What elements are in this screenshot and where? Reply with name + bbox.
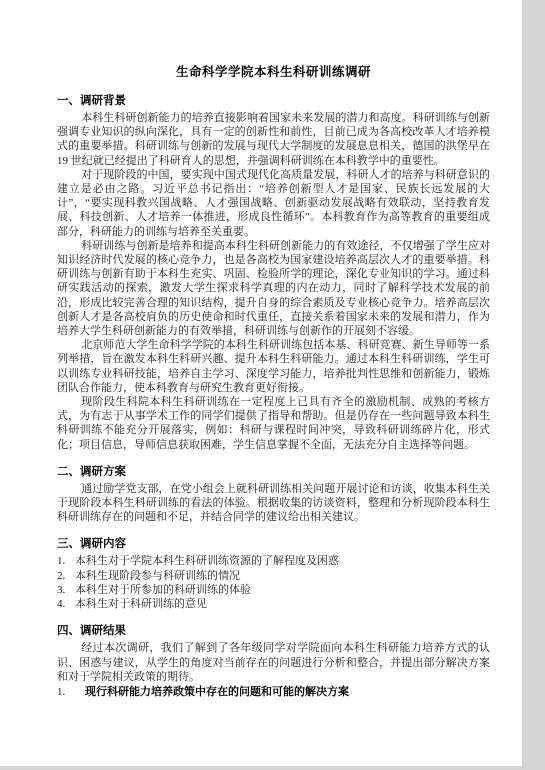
section-heading-plan: 二、调研方案 — [57, 465, 490, 479]
paragraph: 通过励学党支部，在党小组会上就科研训练相关问题开展讨论和访谈，收集本科生关于现阶… — [57, 482, 490, 525]
paragraph: 经过本次调研，我们了解到了各年级同学对学院面向本科生科研能力培养方式的认识、困惑… — [57, 641, 490, 684]
list-item-text: 本科生对于所参加的科研训练的体验 — [75, 583, 251, 597]
section-heading-results: 四、调研结果 — [57, 624, 490, 638]
list-item: 2. 本科生现阶段参与科研训练的情况 — [57, 569, 490, 583]
section-heading-background: 一、调研背景 — [57, 94, 490, 108]
section-heading-content: 三、调研内容 — [57, 537, 490, 551]
list-item: 3. 本科生对于所参加的科研训练的体验 — [57, 583, 490, 597]
list-item-number: 2. — [57, 569, 75, 583]
subitem-text: 现行科研能力培养政策中存在的问题和可能的解决方案 — [85, 685, 349, 699]
paragraph: 本科生科研创新能力的培养直接影响着国家未来发展的潜力和高度。科研训练与创新强调专… — [57, 111, 490, 168]
document-content: 生命科学学院本科生科研训练调研 一、调研背景 本科生科研创新能力的培养直接影响着… — [0, 0, 490, 699]
survey-content-list: 1. 本科生对于学院本科生科研训练资源的了解程度及困惑 2. 本科生现阶段参与科… — [57, 554, 490, 611]
subitem-number: 1. — [57, 685, 85, 699]
result-subheading: 1. 现行科研能力培养政策中存在的问题和可能的解决方案 — [57, 685, 490, 699]
paragraph: 北京师范大学生命科学学院的本科生科研训练包括本基、科研竞赛、新生导师等一系列举措… — [57, 338, 490, 395]
paragraph: 对于现阶段的中国，要实现中国式现代化高质量发展，科研人才的培养与科研意识的建立是… — [57, 168, 490, 239]
list-item-number: 4. — [57, 597, 75, 611]
paragraph: 科研训练与创新是培养和提高本科生科研创新能力的有效途径，不仅增强了学生应对知识经… — [57, 239, 490, 338]
list-item-number: 3. — [57, 583, 75, 597]
list-item: 4. 本科生对于科研训练的意见 — [57, 597, 490, 611]
list-item-number: 1. — [57, 554, 75, 568]
list-item-text: 本科生对于学院本科生科研训练资源的了解程度及困惑 — [75, 554, 339, 568]
document-page: 生命科学学院本科生科研训练调研 一、调研背景 本科生科研创新能力的培养直接影响着… — [0, 0, 522, 766]
list-item-text: 本科生现阶段参与科研训练的情况 — [75, 569, 240, 583]
list-item: 1. 本科生对于学院本科生科研训练资源的了解程度及困惑 — [57, 554, 490, 568]
list-item-text: 本科生对于科研训练的意见 — [75, 597, 207, 611]
paragraph: 现阶段生科院本科生科研训练在一定程度上已具有齐全的激励机制、成熟的考核方式，为有… — [57, 395, 490, 452]
document-title: 生命科学学院本科生科研训练调研 — [57, 64, 490, 80]
